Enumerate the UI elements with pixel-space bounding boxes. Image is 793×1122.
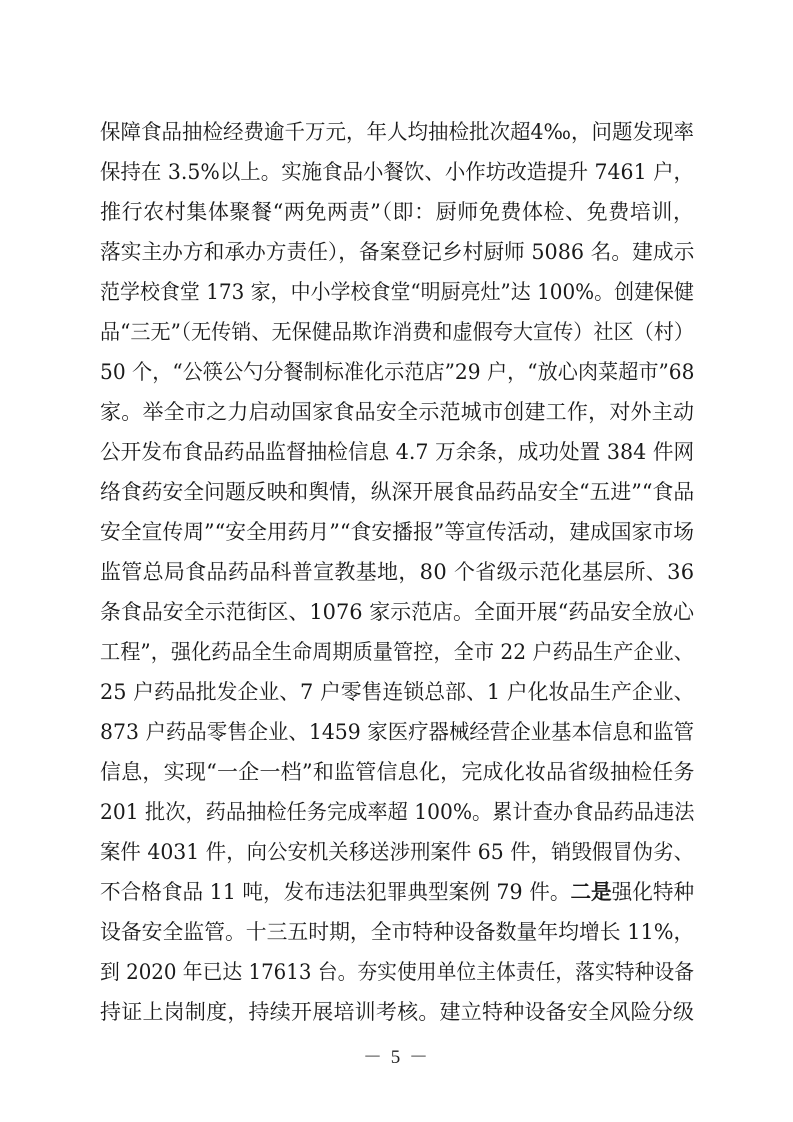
text-line: 873 户药品零售企业、1459 家医疗器械经营企业基本信息和监管 — [100, 712, 694, 752]
text-line-with-bold: 不合格食品 11 吨，发布违法犯罪典型案例 79 件。二是强化特种 — [100, 872, 694, 912]
text-line: 设备安全监管。十三五时期，全市特种设备数量年均增长 11%， — [100, 912, 694, 952]
text-line: 工程”，强化药品全生命周期质量管控，全市 22 户药品生产企业、 — [100, 632, 694, 672]
body-paragraph: 保障食品抽检经费逾千万元，年人均抽检批次超4‰，问题发现率 保持在 3.5%以上… — [100, 112, 694, 1032]
text-line: 案件 4031 件，向公安机关移送涉刑案件 65 件，销毁假冒伪劣、 — [100, 832, 694, 872]
bold-heading-marker: 二是 — [570, 879, 611, 904]
text-line: 50 个，“公筷公勺分餐制标准化示范店”29 户，“放心肉菜超市”68 — [100, 352, 694, 392]
text-line: 持证上岗制度，持续开展培训考核。建立特种设备安全风险分级 — [100, 992, 694, 1032]
text-line: 安全宣传周”“安全用药月”“食安播报”等宣传活动，建成国家市场 — [100, 512, 694, 552]
text-line: 信息，实现“一企一档”和监管信息化，完成化妆品省级抽检任务 — [100, 752, 694, 792]
text-line: 品“三无”（无传销、无保健品欺诈消费和虚假夸大宣传）社区（村） — [100, 312, 694, 352]
text-line: 监管总局食品药品科普宣教基地，80 个省级示范化基层所、36 — [100, 552, 694, 592]
text-line: 家。举全市之力启动国家食品安全示范城市创建工作，对外主动 — [100, 392, 694, 432]
text-line: 推行农村集体聚餐“两免两责”（即：厨师免费体检、免费培训， — [100, 192, 694, 232]
text-line: 到 2020 年已达 17613 台。夯实使用单位主体责任，落实特种设备 — [100, 952, 694, 992]
text-line: 保障食品抽检经费逾千万元，年人均抽检批次超4‰，问题发现率 — [100, 112, 694, 152]
text-line: 范学校食堂 173 家，中小学校食堂“明厨亮灶”达 100%。创建保健 — [100, 272, 694, 312]
text-line: 落实主办方和承办方责任），备案登记乡村厨师 5086 名。建成示 — [100, 232, 694, 272]
text-segment: 不合格食品 11 吨，发布违法犯罪典型案例 79 件。 — [100, 880, 570, 904]
text-line: 201 批次，药品抽检任务完成率超 100%。累计查办食品药品违法 — [100, 792, 694, 832]
text-line: 保持在 3.5%以上。实施食品小餐饮、小作坊改造提升 7461 户， — [100, 152, 694, 192]
document-page: 保障食品抽检经费逾千万元，年人均抽检批次超4‰，问题发现率 保持在 3.5%以上… — [0, 0, 793, 1122]
text-line: 公开发布食品药品监督抽检信息 4.7 万余条，成功处置 384 件网 — [100, 432, 694, 472]
text-line: 络食药安全问题反映和舆情，纵深开展食品药品安全“五进”“食品 — [100, 472, 694, 512]
page-number: － 5 － — [0, 1042, 793, 1069]
text-segment: 强化特种 — [612, 880, 694, 904]
text-line: 条食品安全示范街区、1076 家示范店。全面开展“药品安全放心 — [100, 592, 694, 632]
text-line: 25 户药品批发企业、7 户零售连锁总部、1 户化妆品生产企业、 — [100, 672, 694, 712]
